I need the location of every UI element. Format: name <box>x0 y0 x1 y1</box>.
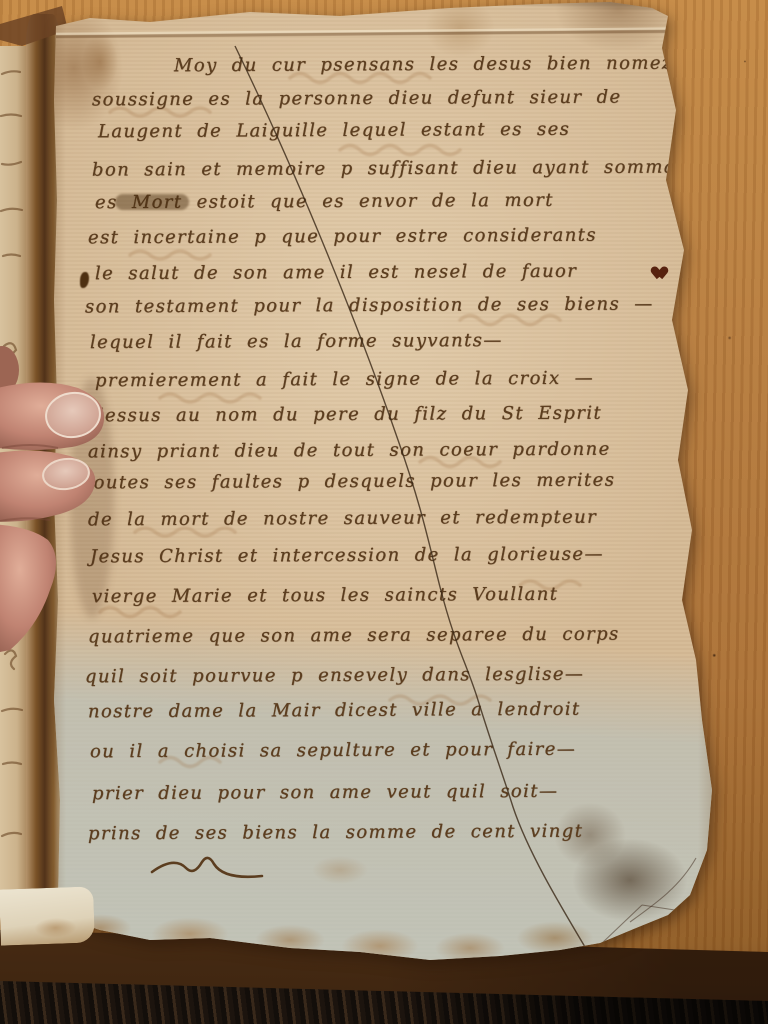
lower-finger <box>0 524 56 654</box>
photo-manuscript-page: Moy du cur psensans les desus bien nomez… <box>0 0 768 1024</box>
scratch-and-flourish <box>40 0 720 968</box>
diagonal-scratch-line <box>235 46 588 952</box>
hand-holding-page <box>0 328 126 660</box>
corner-crease-lines <box>600 858 696 945</box>
manuscript-page-wrap: Moy du cur psensans les desus bien nomez… <box>40 0 730 975</box>
pen-flourish <box>152 858 262 877</box>
manuscript-page: Moy du cur psensans les desus bien nomez… <box>40 0 720 968</box>
under-pages-corner <box>0 886 95 945</box>
